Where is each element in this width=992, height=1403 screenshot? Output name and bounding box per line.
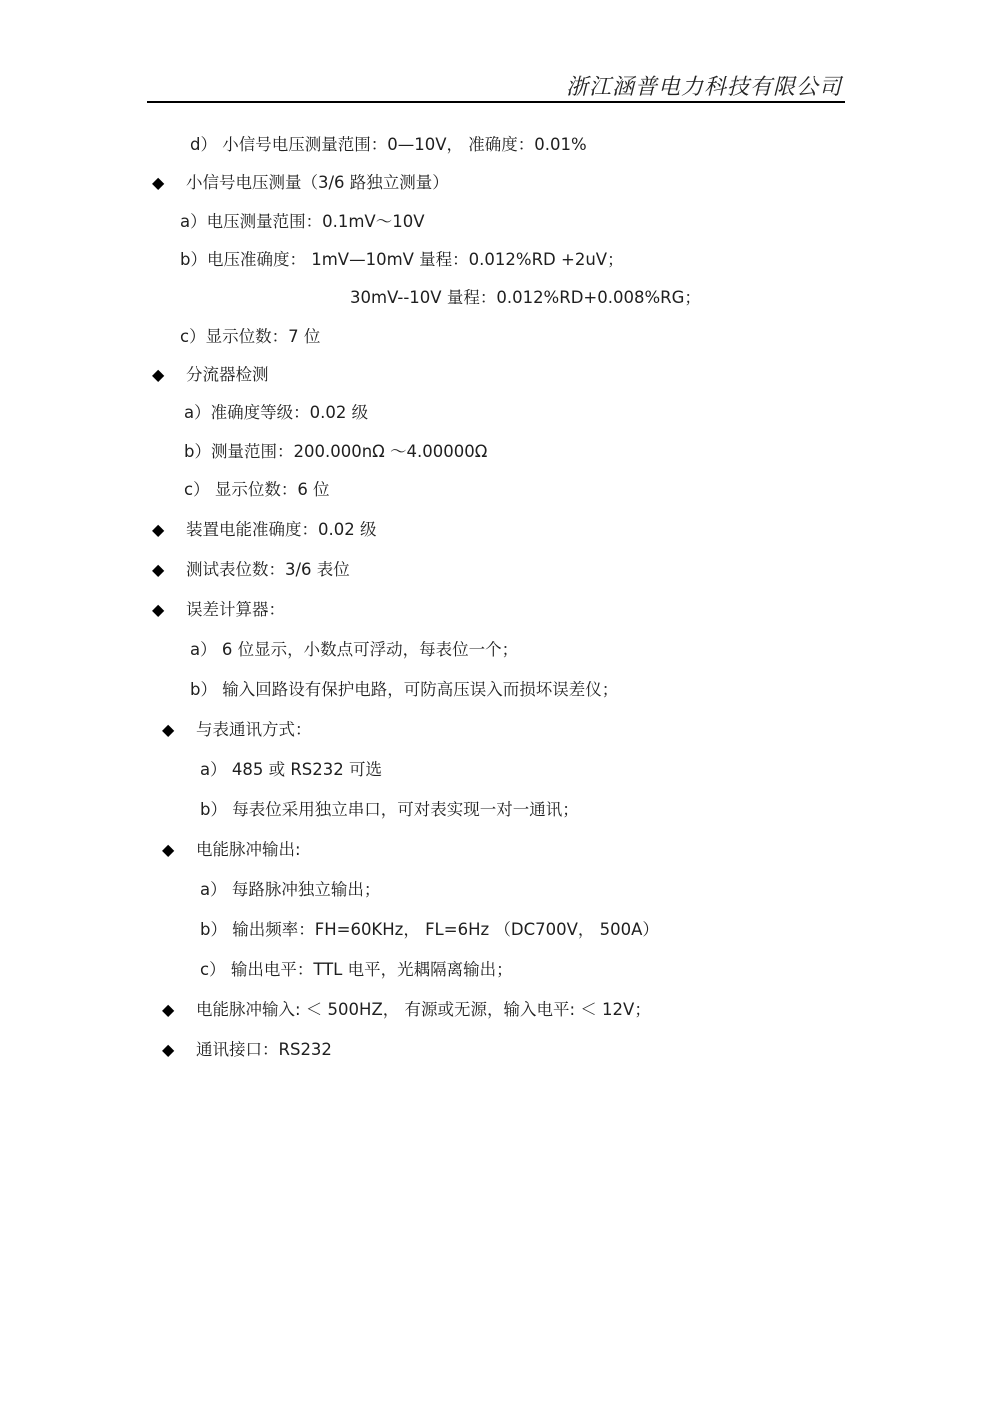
spec-line: b）测量范围：200.000nΩ ～4.00000Ω (184, 441, 487, 463)
spec-heading: 测试表位数：3/6 表位 (186, 560, 350, 579)
spec-line: a）电压测量范围：0.1mV～10V (180, 211, 425, 233)
diamond-bullet-icon: ◆ (152, 599, 172, 621)
spec-line: ◆误差计算器： (152, 599, 285, 621)
spec-line: ◆测试表位数：3/6 表位 (152, 559, 350, 581)
spec-text: c） 显示位数：6 位 (184, 480, 330, 499)
spec-line: b） 输入回路设有保护电路，可防高压误入而损坏误差仪； (190, 679, 618, 701)
diamond-bullet-icon: ◆ (152, 519, 172, 541)
diamond-bullet-icon: ◆ (152, 172, 172, 194)
spec-line: 30mV--10V 量程：0.012%RD+0.008%RG； (350, 287, 701, 309)
spec-text: b） 输出频率：FH=60KHz， FL=6Hz （DC700V， 500A） (200, 920, 659, 939)
spec-line: a）准确度等级：0.02 级 (184, 402, 368, 424)
diamond-bullet-icon: ◆ (152, 559, 172, 581)
spec-heading: 与表通讯方式： (196, 720, 312, 739)
spec-text: b） 每表位采用独立串口，可对表实现一对一通讯； (200, 800, 579, 819)
spec-text: a） 485 或 RS232 可选 (200, 760, 382, 779)
spec-text: a）准确度等级：0.02 级 (184, 403, 368, 422)
spec-heading: 通讯接口：RS232 (196, 1040, 332, 1059)
spec-line: ◆通讯接口：RS232 (162, 1039, 332, 1061)
spec-text: c）显示位数：7 位 (180, 327, 320, 346)
spec-line: c）显示位数：7 位 (180, 326, 320, 348)
spec-text: 30mV--10V 量程：0.012%RD+0.008%RG； (350, 288, 701, 307)
spec-heading: 电能脉冲输入: ＜ 500HZ， 有源或无源，输入电平: ＜ 12V； (196, 1000, 651, 1019)
spec-text: a） 每路脉冲独立输出； (200, 880, 380, 899)
spec-line: ◆小信号电压测量（3/6 路独立测量） (152, 172, 449, 194)
spec-line: d） 小信号电压测量范围：0—10V， 准确度：0.01% (190, 134, 587, 156)
spec-text: b） 输入回路设有保护电路，可防高压误入而损坏误差仪； (190, 680, 618, 699)
diamond-bullet-icon: ◆ (162, 719, 182, 741)
diamond-bullet-icon: ◆ (152, 364, 172, 386)
spec-line: b）电压准确度： 1mV—10mV 量程：0.012%RD +2uV； (180, 249, 624, 271)
spec-heading: 装置电能准确度：0.02 级 (186, 520, 376, 539)
spec-text: a） 6 位显示，小数点可浮动，每表位一个； (190, 640, 518, 659)
spec-line: ◆与表通讯方式： (162, 719, 312, 741)
spec-line: ◆装置电能准确度：0.02 级 (152, 519, 376, 541)
spec-heading: 分流器检测 (186, 365, 269, 384)
spec-heading: 小信号电压测量（3/6 路独立测量） (186, 173, 449, 192)
company-name: 浙江涵普电力科技有限公司 (566, 70, 842, 101)
spec-line: ◆分流器检测 (152, 364, 269, 386)
spec-line: c） 显示位数：6 位 (184, 479, 330, 501)
diamond-bullet-icon: ◆ (162, 999, 182, 1021)
diamond-bullet-icon: ◆ (162, 1039, 182, 1061)
diamond-bullet-icon: ◆ (162, 839, 182, 861)
spec-heading: 误差计算器： (186, 600, 285, 619)
spec-line: b） 输出频率：FH=60KHz， FL=6Hz （DC700V， 500A） (200, 919, 659, 941)
spec-text: b）测量范围：200.000nΩ ～4.00000Ω (184, 442, 487, 461)
spec-line: ◆电能脉冲输出: (162, 839, 301, 861)
spec-text: a）电压测量范围：0.1mV～10V (180, 212, 425, 231)
spec-text: b）电压准确度： 1mV—10mV 量程：0.012%RD +2uV； (180, 250, 624, 269)
spec-line: a） 每路脉冲独立输出； (200, 879, 380, 901)
spec-line: a） 485 或 RS232 可选 (200, 759, 382, 781)
spec-line: a） 6 位显示，小数点可浮动，每表位一个； (190, 639, 518, 661)
spec-line: c） 输出电平：TTL 电平，光耦隔离输出； (200, 959, 513, 981)
header-divider (147, 101, 845, 103)
spec-line: b） 每表位采用独立串口，可对表实现一对一通讯； (200, 799, 579, 821)
spec-line: ◆电能脉冲输入: ＜ 500HZ， 有源或无源，输入电平: ＜ 12V； (162, 999, 651, 1021)
spec-text: d） 小信号电压测量范围：0—10V， 准确度：0.01% (190, 135, 587, 154)
spec-heading: 电能脉冲输出: (196, 840, 301, 859)
spec-text: c） 输出电平：TTL 电平，光耦隔离输出； (200, 960, 513, 979)
